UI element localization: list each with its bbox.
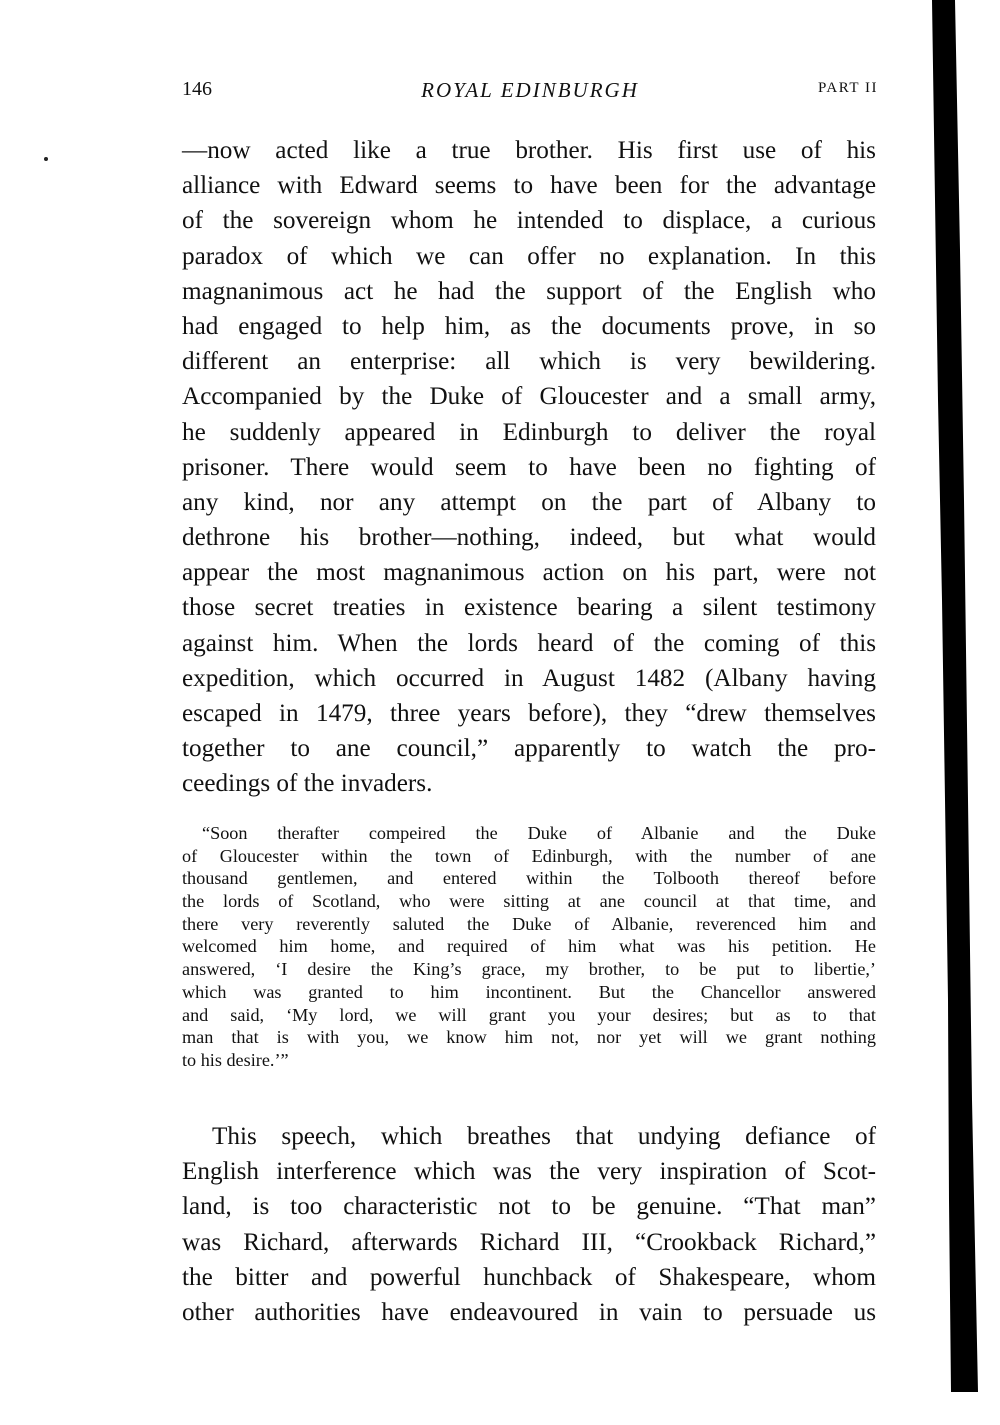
text-line: prisoner. There would seem to have been … xyxy=(182,450,876,485)
quote-line: to his desire.’” xyxy=(182,1049,876,1072)
part-label: PART II xyxy=(818,80,878,97)
quote-line: “Soon therafter compeired the Duke of Al… xyxy=(182,822,876,845)
text-line: appear the most magnanimous action on hi… xyxy=(182,555,876,590)
text-line: magnanimous act he had the support of th… xyxy=(182,274,876,309)
text-line: —now acted like a true brother. His firs… xyxy=(182,133,876,168)
stray-mark xyxy=(44,157,48,161)
text-line: he suddenly appeared in Edinburgh to del… xyxy=(182,415,876,450)
quote-line: answered, ‘I desire the King’s grace, my… xyxy=(182,958,876,981)
text-line: the bitter and powerful hunchback of Sha… xyxy=(182,1260,876,1295)
book-page: 146 ROYAL EDINBURGH PART II —now acted l… xyxy=(0,0,1000,1425)
text-line: Accompanied by the Duke of Gloucester an… xyxy=(182,379,876,414)
block-quote: “Soon therafter compeired the Duke of Al… xyxy=(182,822,876,1072)
paragraph-2: This speech, which breathes that undying… xyxy=(182,1119,876,1330)
quote-line: of Gloucester within the town of Edinbur… xyxy=(182,845,876,868)
text-line: ceedings of the invaders. xyxy=(182,766,876,801)
text-line: any kind, nor any attempt on the part of… xyxy=(182,485,876,520)
text-line: was Richard, afterwards Richard III, “Cr… xyxy=(182,1225,876,1260)
text-line: different an enterprise: all which is ve… xyxy=(182,344,876,379)
quote-line: welcomed him home, and required of him w… xyxy=(182,935,876,958)
text-line: This speech, which breathes that undying… xyxy=(182,1119,876,1154)
text-line: of the sovereign whom he intended to dis… xyxy=(182,203,876,238)
page-header: 146 ROYAL EDINBURGH PART II xyxy=(182,78,878,108)
book-spine-shadow xyxy=(928,0,1000,1425)
text-line: paradox of which we can offer no explana… xyxy=(182,239,876,274)
quote-line: which was granted to him incontinent. Bu… xyxy=(182,981,876,1004)
text-line: those secret treaties in existence beari… xyxy=(182,590,876,625)
text-line: against him. When the lords heard of the… xyxy=(182,626,876,661)
text-line: other authorities have endeavoured in va… xyxy=(182,1295,876,1330)
text-line: land, is too characteristic not to be ge… xyxy=(182,1189,876,1224)
running-title: ROYAL EDINBURGH xyxy=(182,78,878,103)
quote-line: there very reverently saluted the Duke o… xyxy=(182,913,876,936)
quote-line: the lords of Scotland, who were sitting … xyxy=(182,890,876,913)
text-line: had engaged to help him, as the document… xyxy=(182,309,876,344)
text-line: expedition, which occurred in August 148… xyxy=(182,661,876,696)
text-line: alliance with Edward seems to have been … xyxy=(182,168,876,203)
quote-line: and said, ‘My lord, we will grant you yo… xyxy=(182,1004,876,1027)
text-line: together to ane council,” apparently to … xyxy=(182,731,876,766)
text-line: dethrone his brother—nothing, indeed, bu… xyxy=(182,520,876,555)
paragraph-1: —now acted like a true brother. His firs… xyxy=(182,133,876,802)
quote-line: thousand gentlemen, and entered within t… xyxy=(182,867,876,890)
quote-line: man that is with you, we know him not, n… xyxy=(182,1026,876,1049)
text-line: escaped in 1479, three years before), th… xyxy=(182,696,876,731)
text-line: English interference which was the very … xyxy=(182,1154,876,1189)
